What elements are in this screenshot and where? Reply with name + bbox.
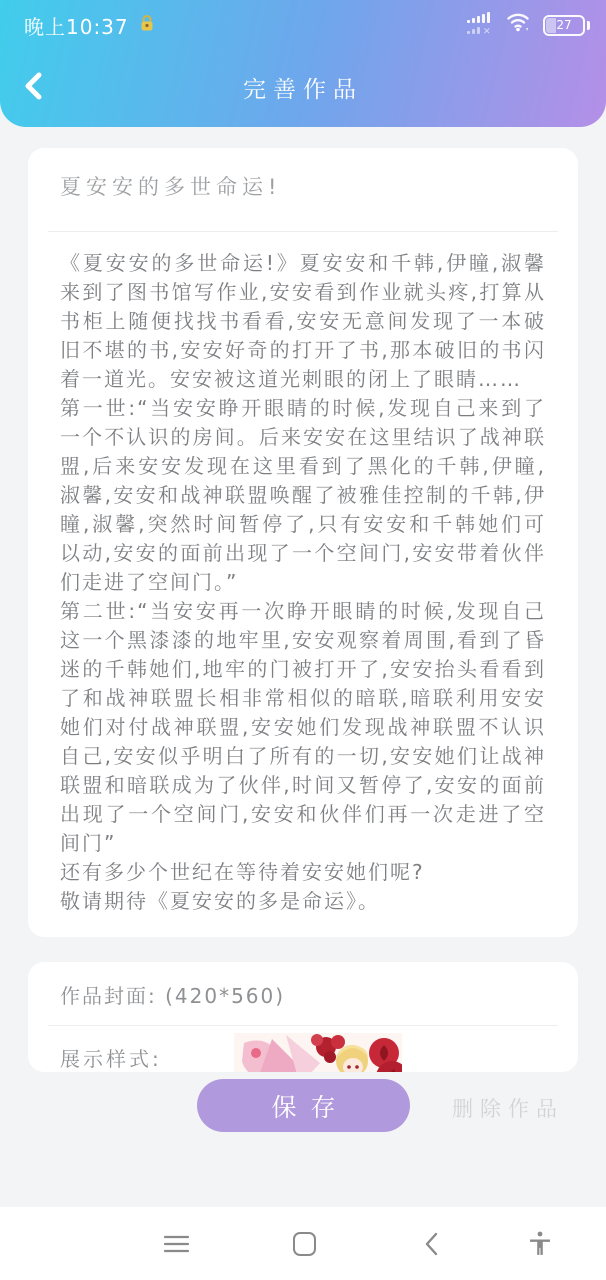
app-header: 晚上10:37 xyxy=(0,0,606,127)
android-nav-bar xyxy=(0,1207,606,1280)
work-paragraph: 敬请期待《夏安安的多是命运》。 xyxy=(60,887,546,916)
cover-card: 作品封面: (420*560) 展示样式: xyxy=(28,962,578,1072)
cover-thumbnail[interactable] xyxy=(234,1033,402,1072)
battery-icon: 27 xyxy=(543,15,585,36)
cover-size-label: 作品封面: (420*560) xyxy=(28,962,578,1009)
work-card: 夏安安的多世命运! 《夏安安的多世命运!》夏安安和千韩,伊瞳,淑馨来到了图书馆写… xyxy=(28,148,578,937)
page-title: 完善作品 xyxy=(0,71,606,104)
lock-icon xyxy=(139,14,155,36)
work-paragraph: 第一世:“当安安睁开眼睛的时候,发现自己来到了一个不认识的房间。后来安安在这里结… xyxy=(60,394,546,597)
back-nav-button[interactable] xyxy=(411,1207,451,1280)
cover-divider xyxy=(48,1025,558,1026)
save-button[interactable]: 保存 xyxy=(197,1079,410,1132)
work-paragraph: 第二世:“当安安再一次睁开眼睛的时候,发现自己这一个黑漆漆的地牢里,安安观察着周… xyxy=(60,597,546,858)
status-time: 晚上10:37 xyxy=(24,11,129,40)
app-screen: 晚上10:37 xyxy=(0,0,606,1280)
svg-text:✕: ✕ xyxy=(483,27,491,35)
status-bar: 晚上10:37 xyxy=(24,10,590,40)
menu-button[interactable] xyxy=(156,1207,196,1280)
display-style-label: 展示样式: xyxy=(60,1033,162,1072)
home-square-icon xyxy=(293,1232,316,1256)
title-bar: 完善作品 xyxy=(0,45,606,127)
wifi-icon xyxy=(506,11,534,39)
battery-percent: 27 xyxy=(556,18,571,32)
work-description[interactable]: 《夏安安的多世命运!》夏安安和千韩,伊瞳,淑馨来到了图书馆写作业,安安看到作业就… xyxy=(60,249,546,916)
footer-bar: 保存 删除作品 xyxy=(0,1072,606,1207)
home-button[interactable] xyxy=(284,1207,324,1280)
title-divider xyxy=(48,231,558,232)
battery-nub xyxy=(587,21,590,30)
accessibility-button[interactable] xyxy=(520,1207,560,1280)
work-paragraph: 《夏安安的多世命运!》夏安安和千韩,伊瞳,淑馨来到了图书馆写作业,安安看到作业就… xyxy=(60,249,546,394)
delete-work-button[interactable]: 删除作品 xyxy=(452,1093,564,1123)
work-paragraph: 还有多少个世纪在等待着安安她们呢? xyxy=(60,858,546,887)
signal-icon: ✕ xyxy=(465,11,497,39)
work-title[interactable]: 夏安安的多世命运! xyxy=(60,171,546,201)
